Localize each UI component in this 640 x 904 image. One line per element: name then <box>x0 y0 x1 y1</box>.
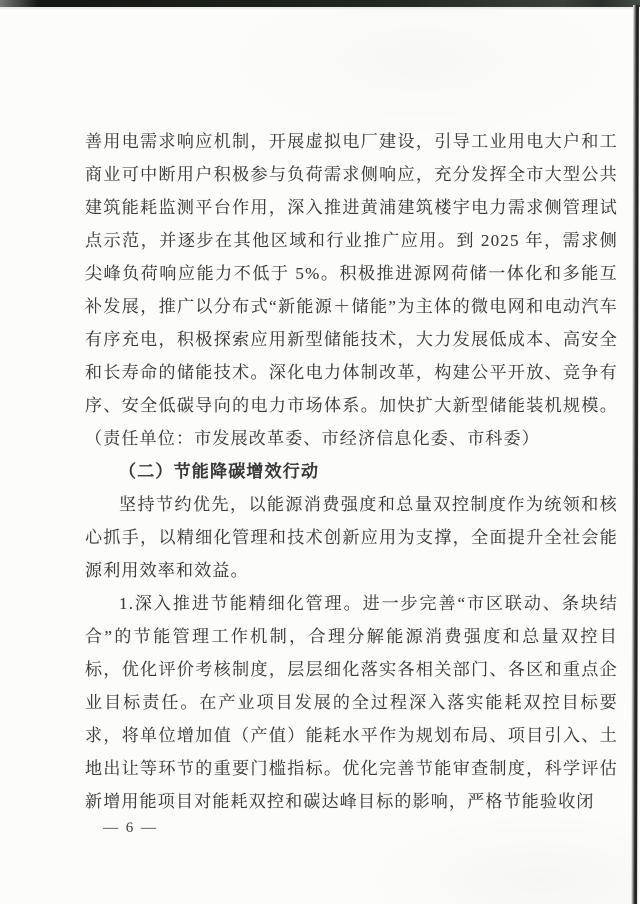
document-paragraph: 1.深入推进节能精细化管理。进一步完善“市区联动、条块结合”的节能管理工作机制，… <box>85 587 618 818</box>
document-paragraph: 善用电需求响应机制，开展虚拟电厂建设，引导工业用电大户和工商业可中断用户积极参与… <box>85 125 618 455</box>
section-heading: （二）节能降碳增效行动 <box>85 455 618 488</box>
scan-right-edge-line <box>631 5 639 904</box>
scan-top-edge-bar <box>0 0 640 7</box>
page-number: — 6 — <box>103 820 158 837</box>
document-page: 善用电需求响应机制，开展虚拟电厂建设，引导工业用电大户和工商业可中断用户积极参与… <box>0 0 640 904</box>
scan-top-edge-shadow <box>0 7 640 10</box>
document-paragraph: 坚持节约优先，以能源消费强度和总量双控制度作为统领和核心抓手，以精细化管理和技术… <box>85 488 618 587</box>
document-body: 善用电需求响应机制，开展虚拟电厂建设，引导工业用电大户和工商业可中断用户积极参与… <box>85 125 618 818</box>
